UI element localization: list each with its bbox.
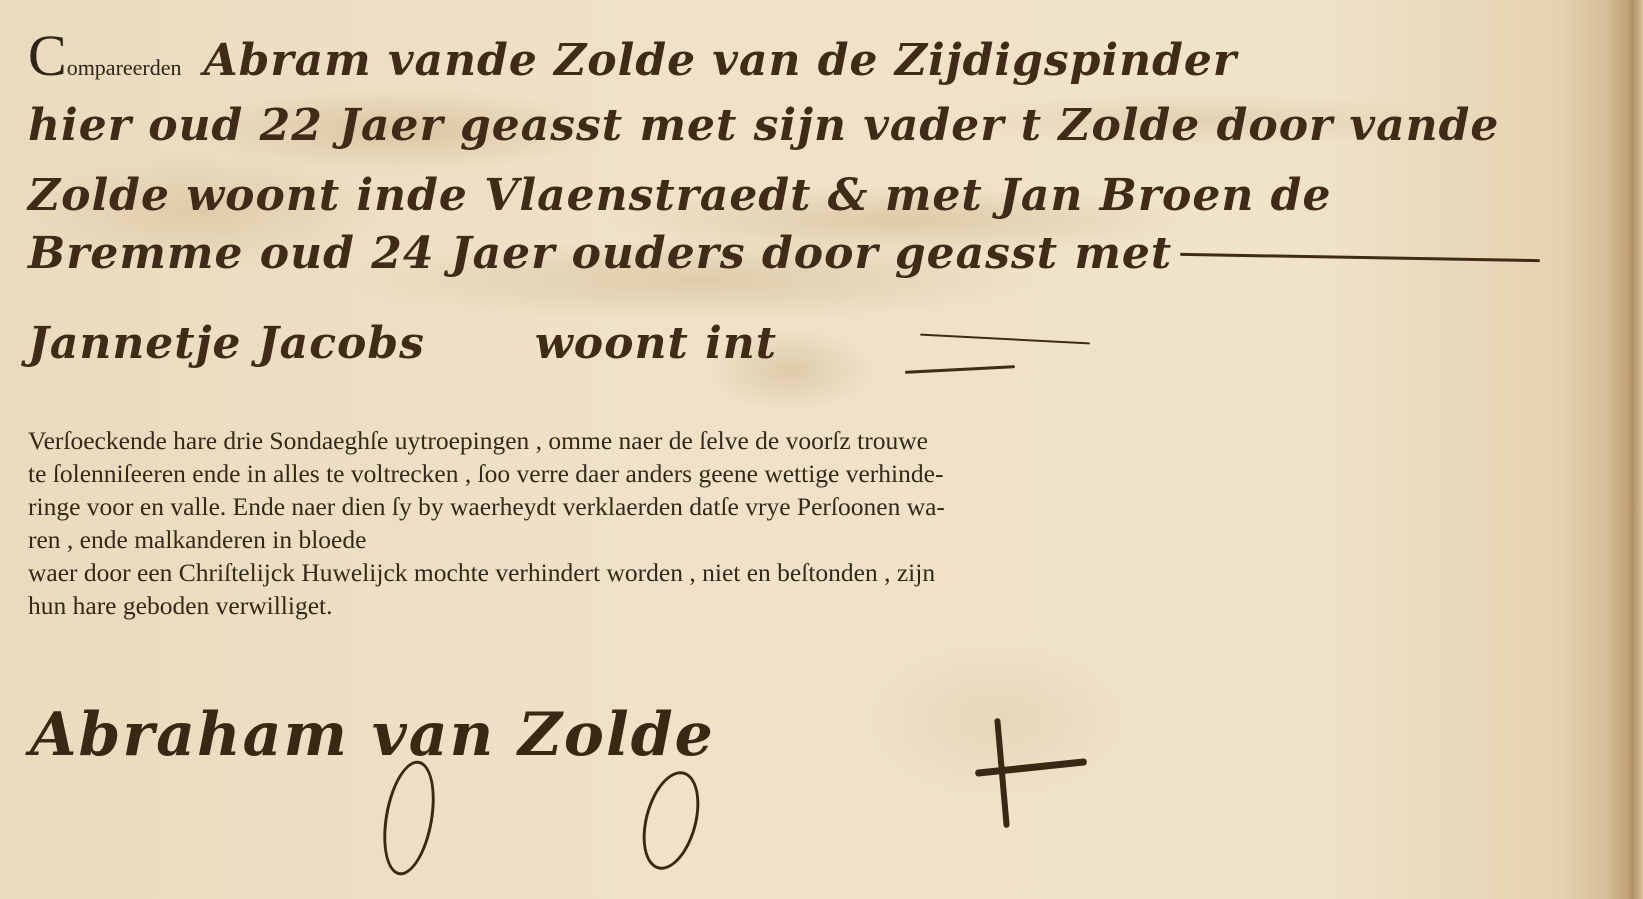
signature-flourish bbox=[633, 765, 709, 876]
printed-line: Verſoeckende hare drie Sondaeghſe uytroe… bbox=[28, 424, 1228, 457]
handwritten-text: Zolde woont inde Vlaenstraedt & met Jan … bbox=[28, 170, 1331, 221]
page-edge bbox=[1607, 0, 1643, 899]
handwritten-line-1: CompareerdenAbram vande Zolde van de Zij… bbox=[28, 22, 1237, 89]
handwritten-text: Abram vande Zolde van de Zijdigspinder bbox=[204, 35, 1238, 86]
printed-line: hun hare geboden verwilliget. bbox=[28, 589, 1228, 622]
handwritten-text: Bremme oud 24 Jaer ouders door geasst me… bbox=[28, 228, 1172, 279]
fill-line bbox=[1180, 253, 1540, 262]
printed-line: te ſolenniſeeren ende in alles te voltre… bbox=[28, 457, 1228, 490]
handwritten-text: woont int bbox=[535, 318, 777, 369]
signature-flourish bbox=[375, 757, 442, 880]
handwritten-line-2: hier oud 22 Jaer geasst met sijn vader t… bbox=[28, 100, 1499, 151]
signature: Abraham van Zolde bbox=[30, 700, 715, 770]
handwritten-text: hier oud 22 Jaer geasst met sijn vader t… bbox=[28, 100, 1499, 151]
handwritten-text: Jannetje Jacobs bbox=[28, 318, 425, 369]
printed-line: ringe voor en valle. Ende naer dien ſy b… bbox=[28, 490, 1228, 523]
underline-stroke bbox=[905, 365, 1015, 374]
printed-line: waer door een Chriſtelijck Huwelijck moc… bbox=[28, 556, 1228, 589]
printed-lead-word: ompareerden bbox=[67, 55, 182, 80]
handwritten-line-4: Bremme oud 24 Jaer ouders door geasst me… bbox=[28, 228, 1172, 279]
cross-mark-icon bbox=[975, 718, 1090, 830]
handwritten-line-5: Jannetje Jacobswoont int bbox=[28, 318, 777, 369]
handwritten-line-3: Zolde woont inde Vlaenstraedt & met Jan … bbox=[28, 170, 1331, 221]
printed-paragraph: Verſoeckende hare drie Sondaeghſe uytroe… bbox=[28, 424, 1228, 622]
strike-through-line bbox=[920, 334, 1090, 345]
printed-line: ren , ende malkanderen in bloede bbox=[28, 523, 1228, 556]
printed-initial: C bbox=[28, 23, 67, 88]
